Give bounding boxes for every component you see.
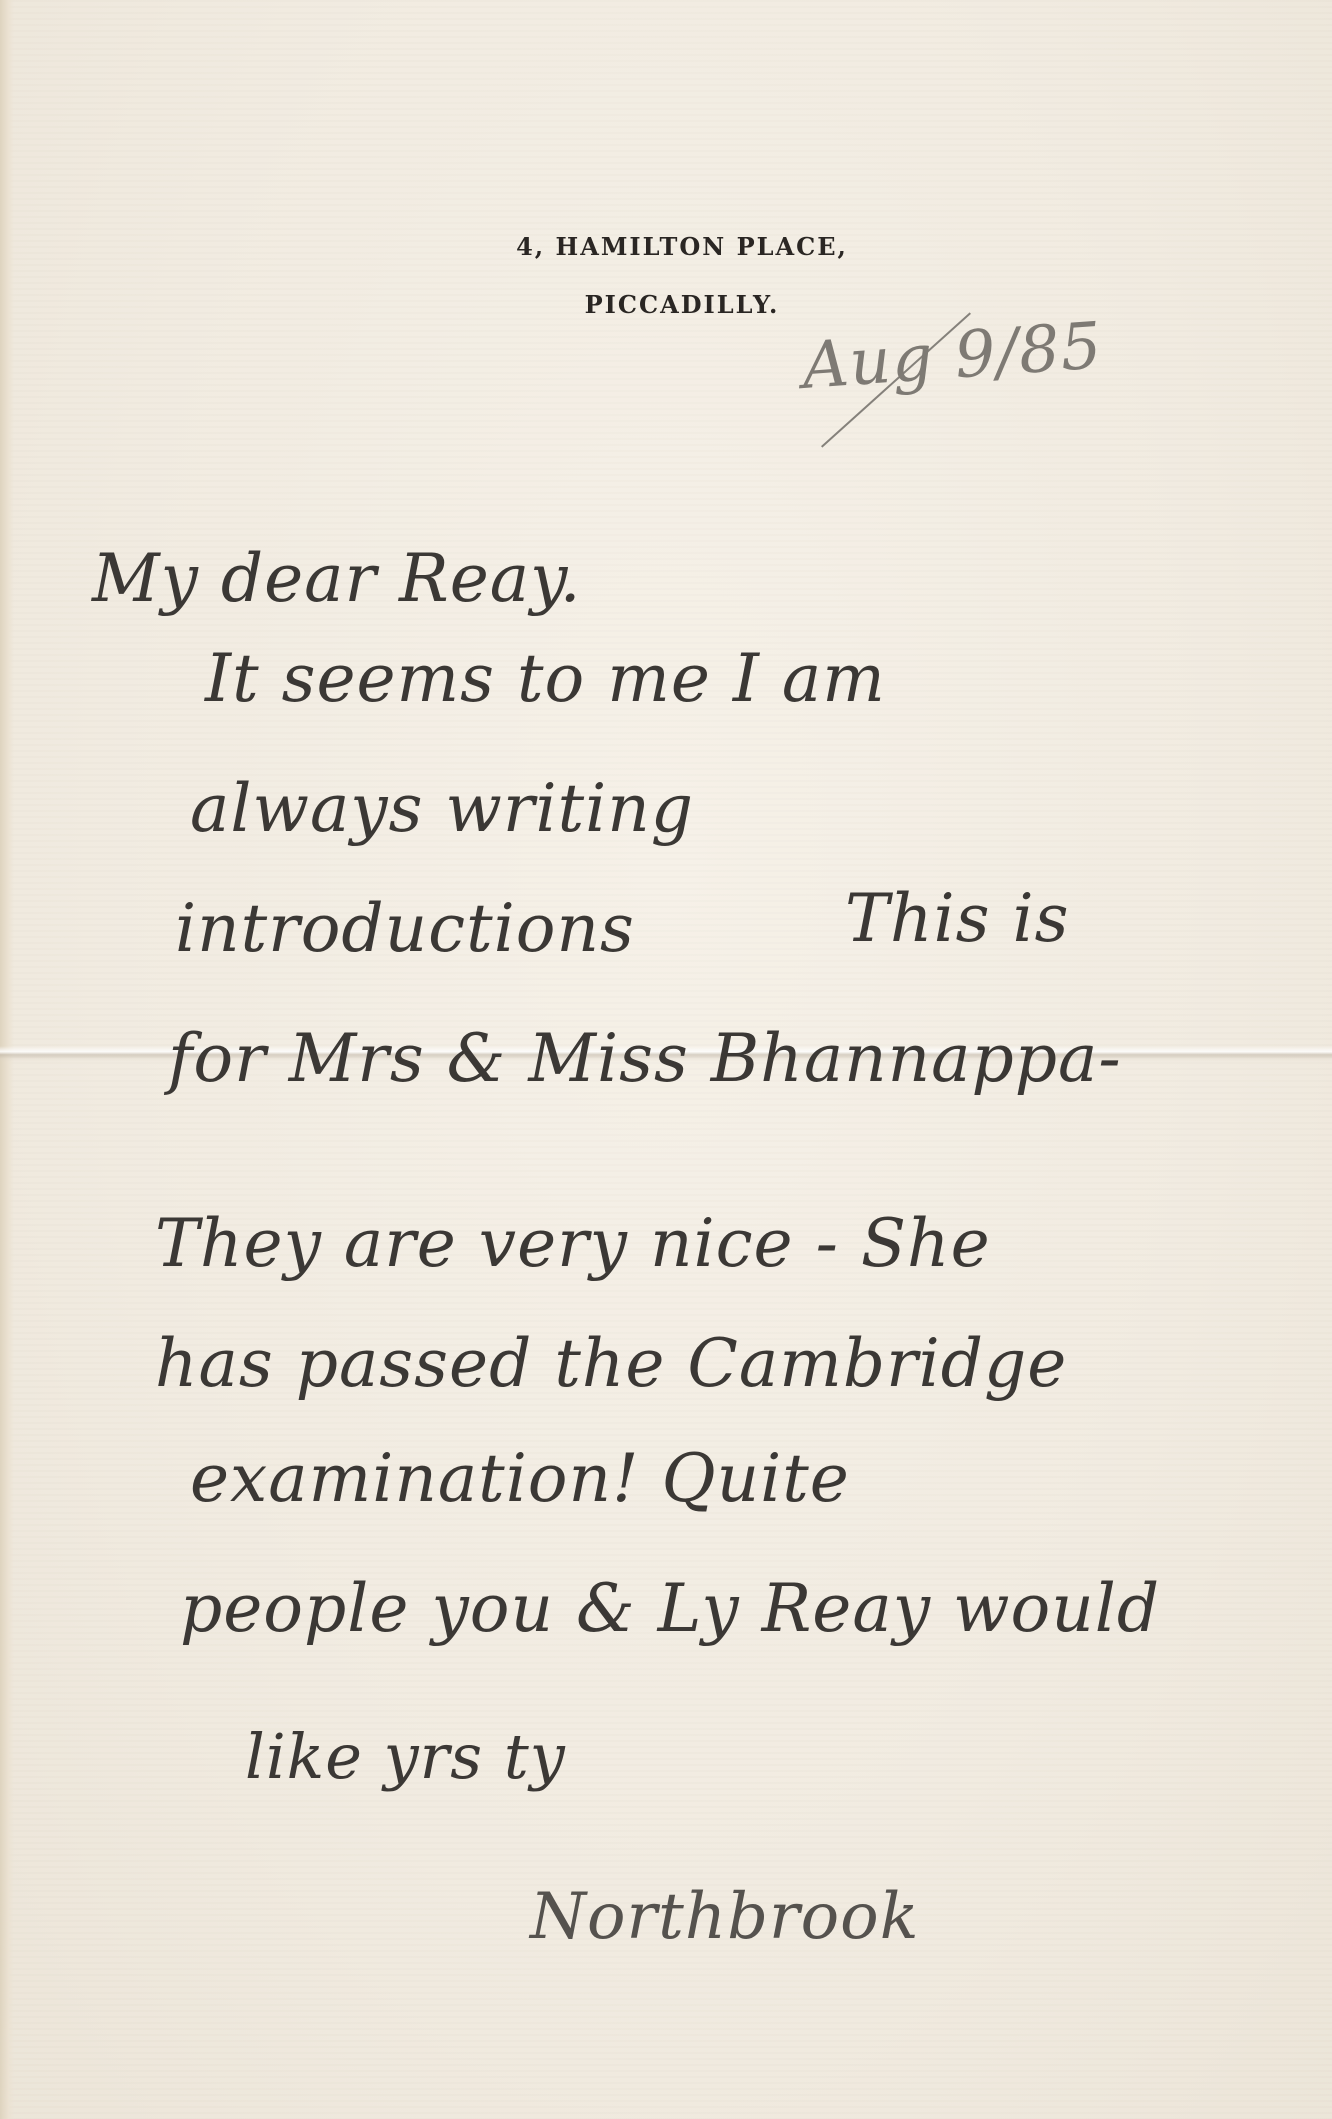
body-line-3-cont: This is	[845, 880, 1069, 957]
letter-page: 4, HAMILTON PLACE, PICCADILLY. Aug 9/85 …	[0, 0, 1332, 2119]
body-line-3: introductions	[175, 890, 635, 967]
body-line-8: people you & Ly Reay would	[180, 1570, 1160, 1647]
letterhead-district: PICCADILLY.	[16, 290, 1332, 319]
body-line-6: has passed the Cambridge	[155, 1325, 1067, 1402]
body-line-1: It seems to me I am	[205, 640, 886, 717]
letter-date: Aug 9/85	[800, 309, 1105, 404]
body-line-2: always writing	[190, 770, 694, 847]
closing: like yrs ty	[245, 1720, 566, 1793]
letterhead-address: 4, HAMILTON PLACE,	[16, 232, 1332, 261]
body-line-7: examination! Quite	[190, 1440, 850, 1517]
signature: Northbrook	[530, 1880, 919, 1954]
salutation: My dear Reay.	[92, 540, 582, 617]
body-line-5: They are very nice - She	[155, 1205, 991, 1282]
body-line-4: for Mrs & Miss Bhannappa-	[168, 1020, 1122, 1097]
